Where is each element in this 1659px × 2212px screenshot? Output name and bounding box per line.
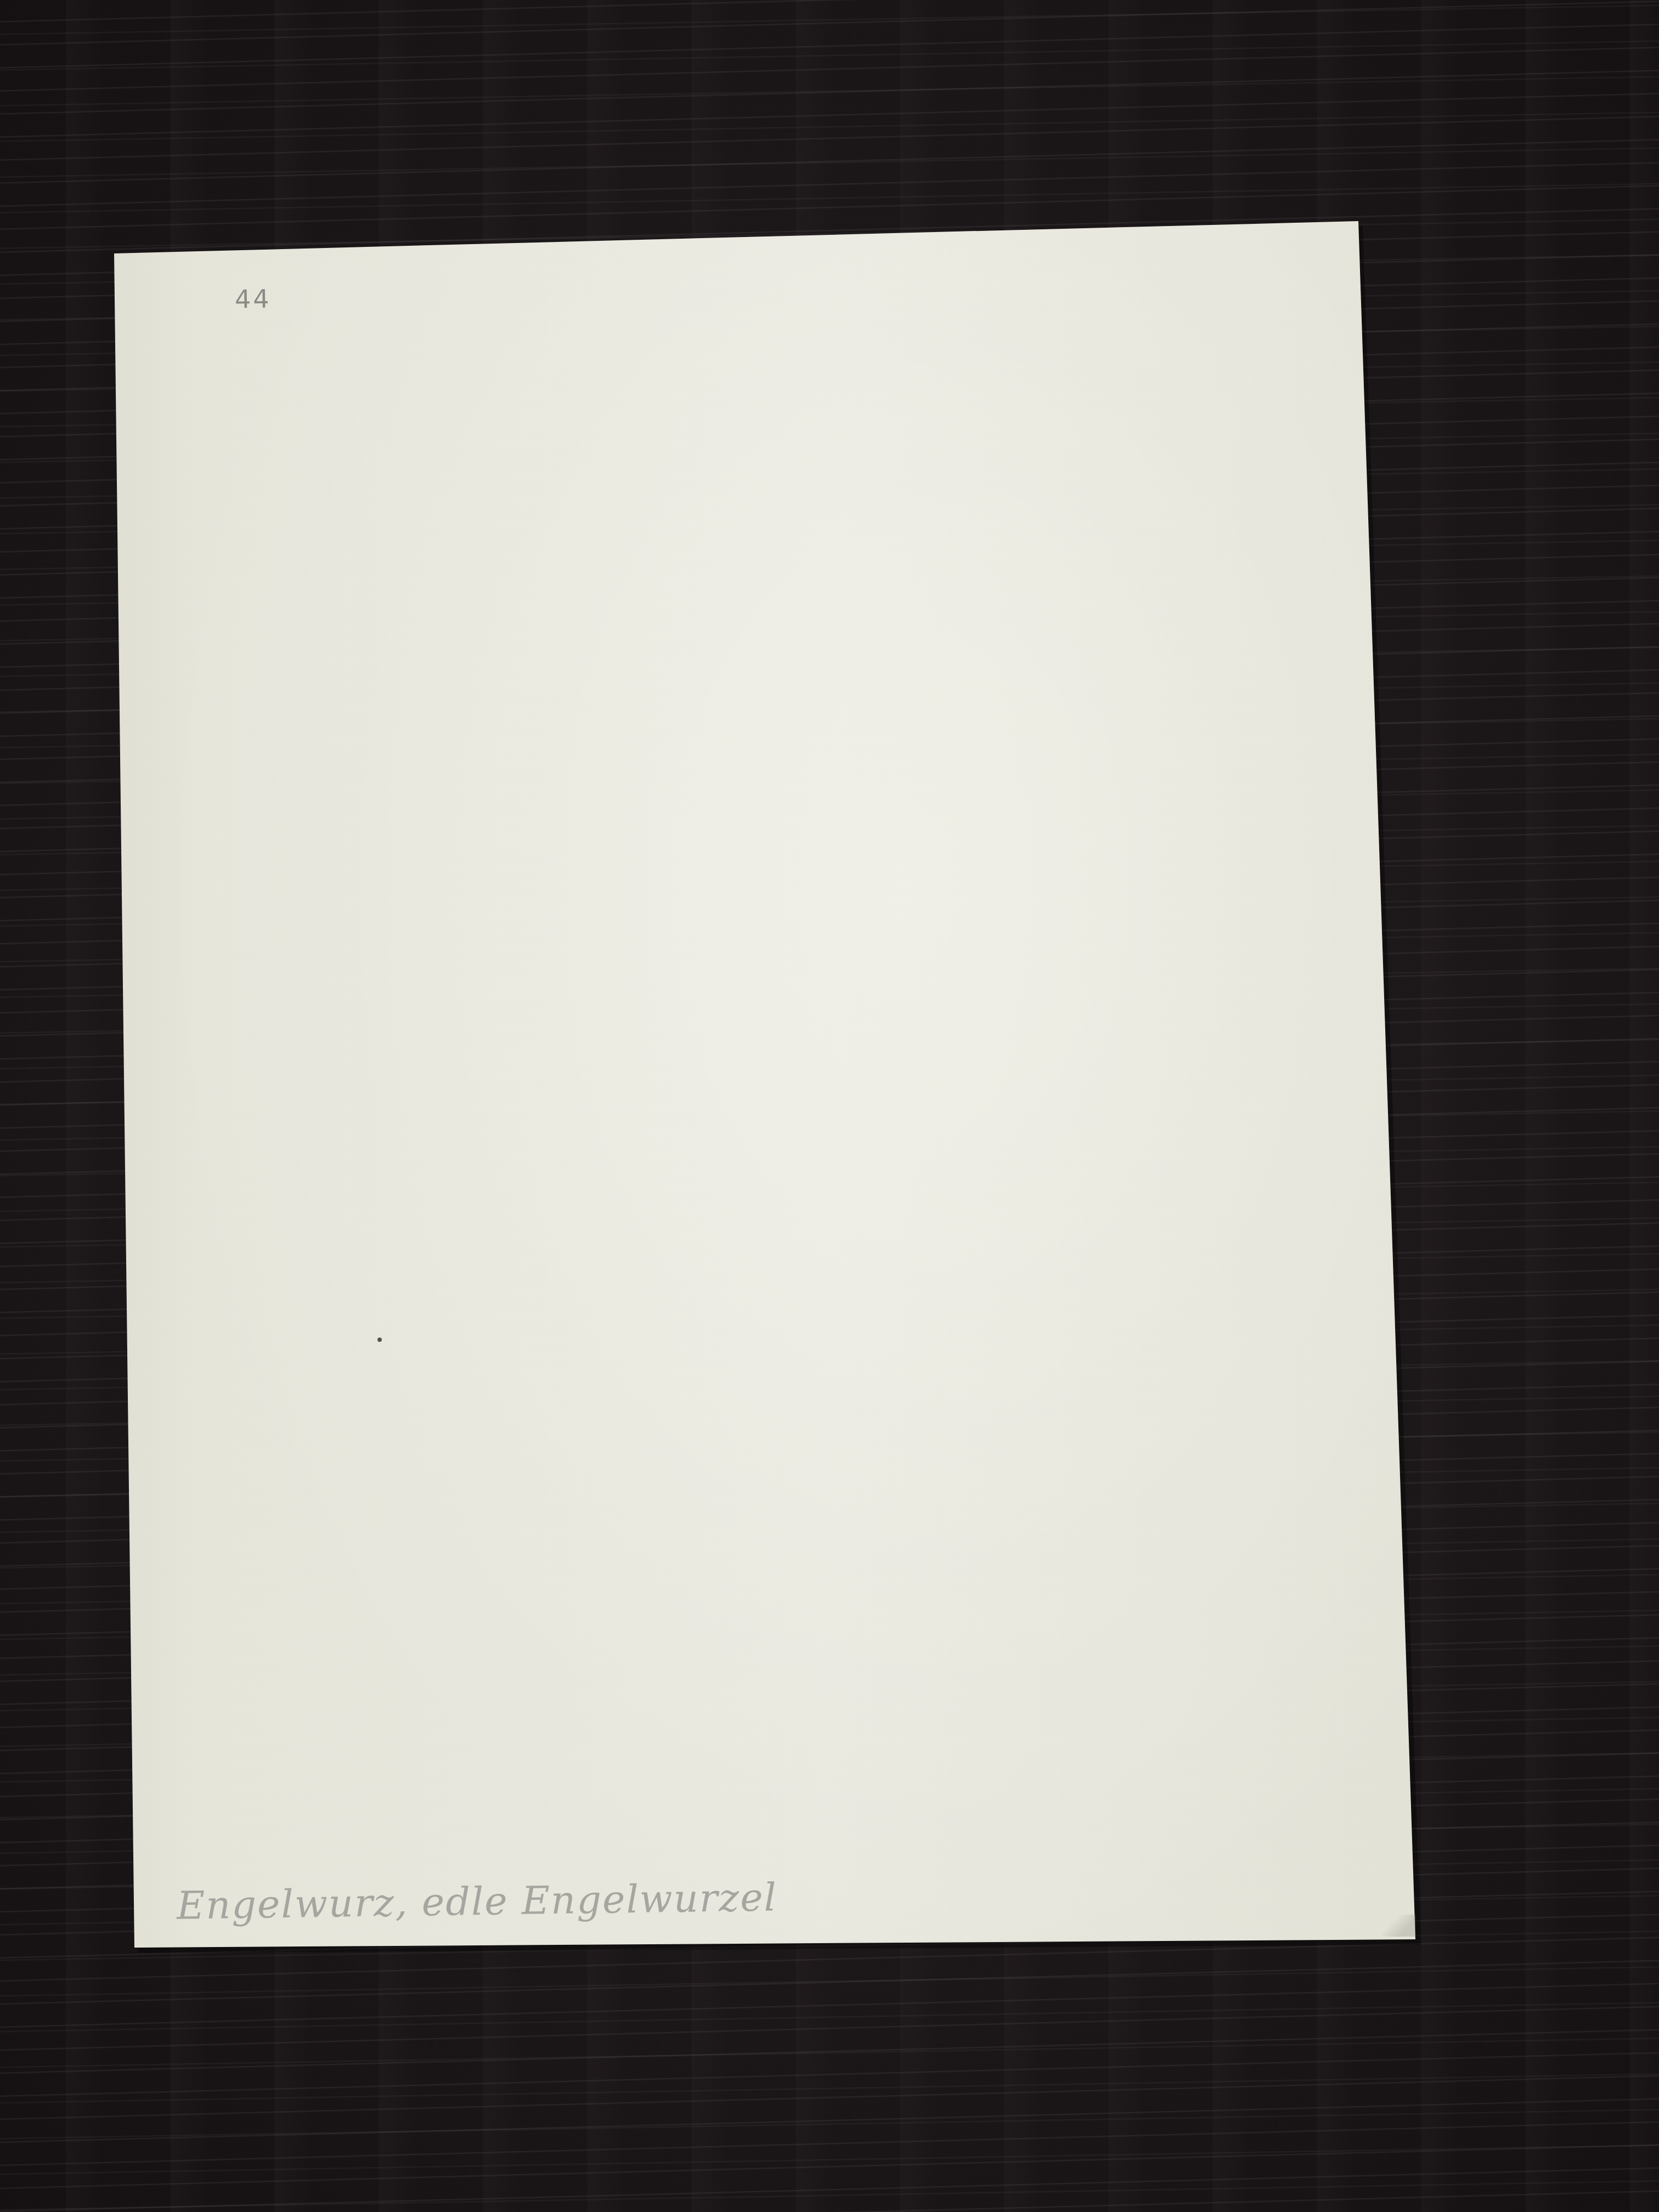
handwritten-page-number: 44 <box>235 284 272 314</box>
paper-speck <box>377 1338 382 1342</box>
handwritten-caption: Engelwurz, edle Engelwurzel <box>176 1875 777 1928</box>
paper-corner-wear <box>1383 1915 1415 1937</box>
